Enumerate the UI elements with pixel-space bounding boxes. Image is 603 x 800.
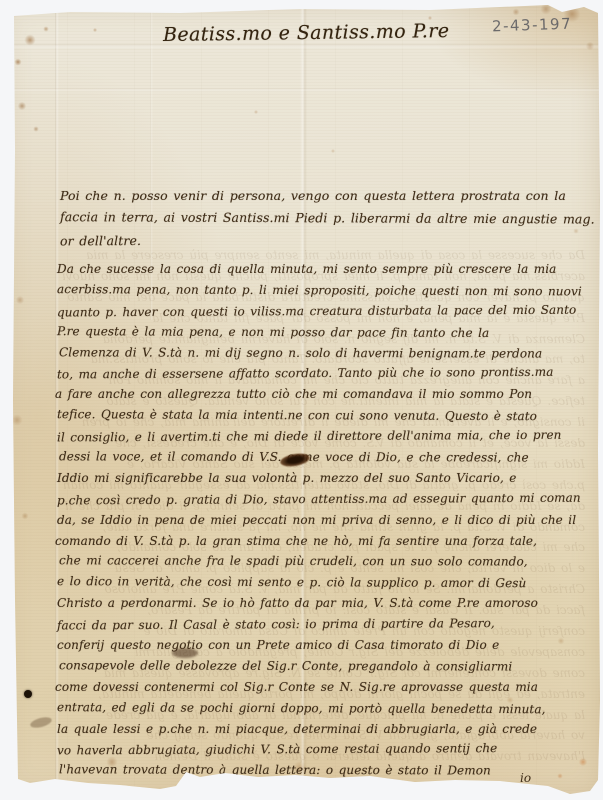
manuscript-line: vo haverla abbrugiata, giudichi V. S.tà … <box>57 741 597 765</box>
letter-body: Da che sucesse la cosa di quella minuta,… <box>57 262 597 784</box>
manuscript-line: l'havevan trovata dentro à quella letter… <box>59 763 599 785</box>
manuscript-line: come dovessi contenermi col Sig.r Conte … <box>55 680 595 701</box>
manuscript-line: il consiglio, e li avertim.ti che mi die… <box>57 428 597 452</box>
horizontal-crease-top <box>14 44 599 49</box>
horizontal-crease-upper <box>14 88 599 92</box>
manuscript-line: conferij questo negotio con un Prete ami… <box>57 638 597 659</box>
manuscript-line: e lo dico in verità, che così mi sento e… <box>57 574 597 597</box>
manuscript-line: to, ma anche di essersene affatto scorda… <box>57 365 597 389</box>
manuscript-line: entrata, ed egli da se pochi giorni dopp… <box>57 700 597 723</box>
margin-dot <box>24 690 32 698</box>
manuscript-page: Da che sucesse la cosa di quella minuta,… <box>0 0 603 800</box>
letter-opening-paragraph: Poi che n. posso venir di persona, vengo… <box>60 188 595 254</box>
manuscript-line: Poi che n. posso venir di persona, vengo… <box>60 188 595 210</box>
manuscript-line: dessi la voce, et il comando di V.S. com… <box>59 449 599 471</box>
manuscript-line: che mi caccerei anche fra le spadi più c… <box>59 554 599 576</box>
manuscript-line: consapevole delle debolezze del Sig.r Co… <box>59 658 599 680</box>
manuscript-line: da, se Iddio in pena de miei peccati non… <box>57 513 597 534</box>
manuscript-line: Clemenza di V. S.tà n. mi dij segno n. s… <box>59 345 599 367</box>
manuscript-line: Da che sucesse la cosa di quella minuta,… <box>57 262 597 283</box>
manuscript-line: acerbiss.ma pena, non tanto p. li miei s… <box>57 282 597 305</box>
manuscript-line: comando di V. S.tà p. la gran stima che … <box>55 534 595 555</box>
ink-smudge <box>172 648 198 658</box>
manuscript-line: quanto p. haver con questi io viliss.ma … <box>57 302 597 326</box>
scanner-background: { "colors": { "bed": "#f5f6f8", "paper":… <box>0 0 603 800</box>
manuscript-line: la quale lessi e p.che n. mi piacque, de… <box>57 722 597 743</box>
catalog-number: 2-43-197 <box>492 15 573 36</box>
manuscript-line: p.che così credo p. gratia di Dio, stavo… <box>57 490 597 514</box>
manuscript-line: facci da par suo. Il Casal è stato così:… <box>57 616 597 640</box>
letter-salutation: Beatiss.mo e Santiss.mo P.re <box>163 20 450 46</box>
manuscript-line: P.re questa è la mia pena, e non mi poss… <box>57 324 597 347</box>
manuscript-line: Iddio mi significarebbe la sua volontà p… <box>57 471 597 492</box>
manuscript-line: Christo a perdonarmi. Se io hò fatto da … <box>57 596 597 617</box>
letter-catchword: io <box>520 771 531 785</box>
manuscript-line: faccia in terra, ai vostri Santiss.mi Pi… <box>60 209 595 233</box>
manuscript-line: a fare anche con allegrezza tutto ciò ch… <box>55 387 595 408</box>
manuscript-line: or dell'altre. <box>60 231 595 256</box>
